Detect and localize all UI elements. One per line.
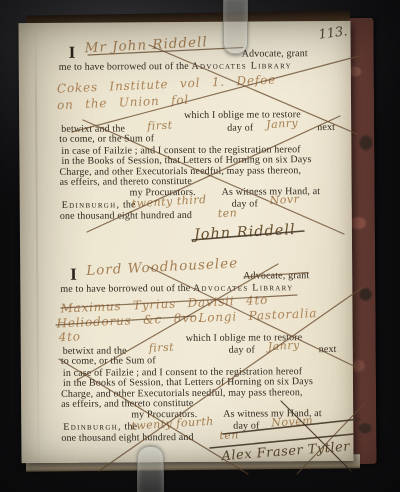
form2-signed-day: twenty fourth — [131, 416, 214, 432]
form1-signed-day: twenty third — [131, 194, 206, 209]
form1-book-line2: on the Union fol — [57, 94, 189, 112]
form2-library-name: Advocates Library — [193, 282, 294, 294]
form1-year-line: one thousand eight hundred and — [60, 211, 192, 222]
form1-signed-year: ten — [217, 207, 237, 219]
form2-signed-year: ten — [219, 429, 239, 441]
form2-borrower-name: Lord Woodhouselee — [86, 257, 239, 278]
form1-library-name: Advocates Library — [191, 60, 292, 72]
form1-due-day: first — [147, 119, 173, 131]
form2-edinburgh-line: Edinburgh, the — [63, 422, 137, 433]
form1-edinburgh-line: Edinburgh, the — [62, 200, 136, 211]
form2-book-line3: 4to — [58, 330, 81, 343]
form1-borrowed-line: me to have borrowed out of the Advocates… — [59, 61, 292, 73]
form2-due-day: first — [148, 341, 174, 353]
form2-advocate-grant: Advocate, grant — [243, 271, 309, 281]
form2-year-line: one thousand eight hundred and — [61, 433, 193, 444]
form1-opening-i: I — [69, 44, 76, 61]
form1-next-label: next — [317, 123, 335, 133]
form2-next-label: next — [319, 345, 337, 355]
form1-book-line1: Cokes Institute vol 1. Defoe — [57, 74, 276, 95]
page-weight-strip-bottom — [137, 446, 164, 492]
form2-day-of-label: day of — [229, 346, 255, 356]
form2-opening-i: I — [70, 266, 77, 283]
form2-signature: Alex Fraser Tytler — [221, 440, 350, 463]
form2-due-month: Janry — [267, 339, 300, 352]
form1-due-month: Janry — [266, 117, 299, 130]
form2-sum-line: to come, or the Sum of — [61, 356, 156, 367]
ledger-page: 113. I Mr John Riddell Advocate, grant m… — [18, 21, 353, 463]
form1-borrower-name: Mr John Riddell — [84, 36, 208, 56]
form2-book-line2-rest: Longi Pastoralia — [198, 307, 317, 324]
page-weight-strip-top — [223, 0, 248, 54]
folio-number: 113. — [318, 25, 348, 42]
form1-sum-line: to come, or the Sum of — [59, 134, 154, 145]
form1-advocate-grant: Advocate, grant — [242, 49, 308, 59]
form2-signed-month: Novem — [271, 415, 313, 428]
form1-signature: John Riddell — [194, 223, 296, 243]
form1-signed-month: Novr — [269, 193, 299, 206]
form1-day-of-label: day of — [227, 124, 253, 134]
page-crease — [34, 23, 39, 463]
